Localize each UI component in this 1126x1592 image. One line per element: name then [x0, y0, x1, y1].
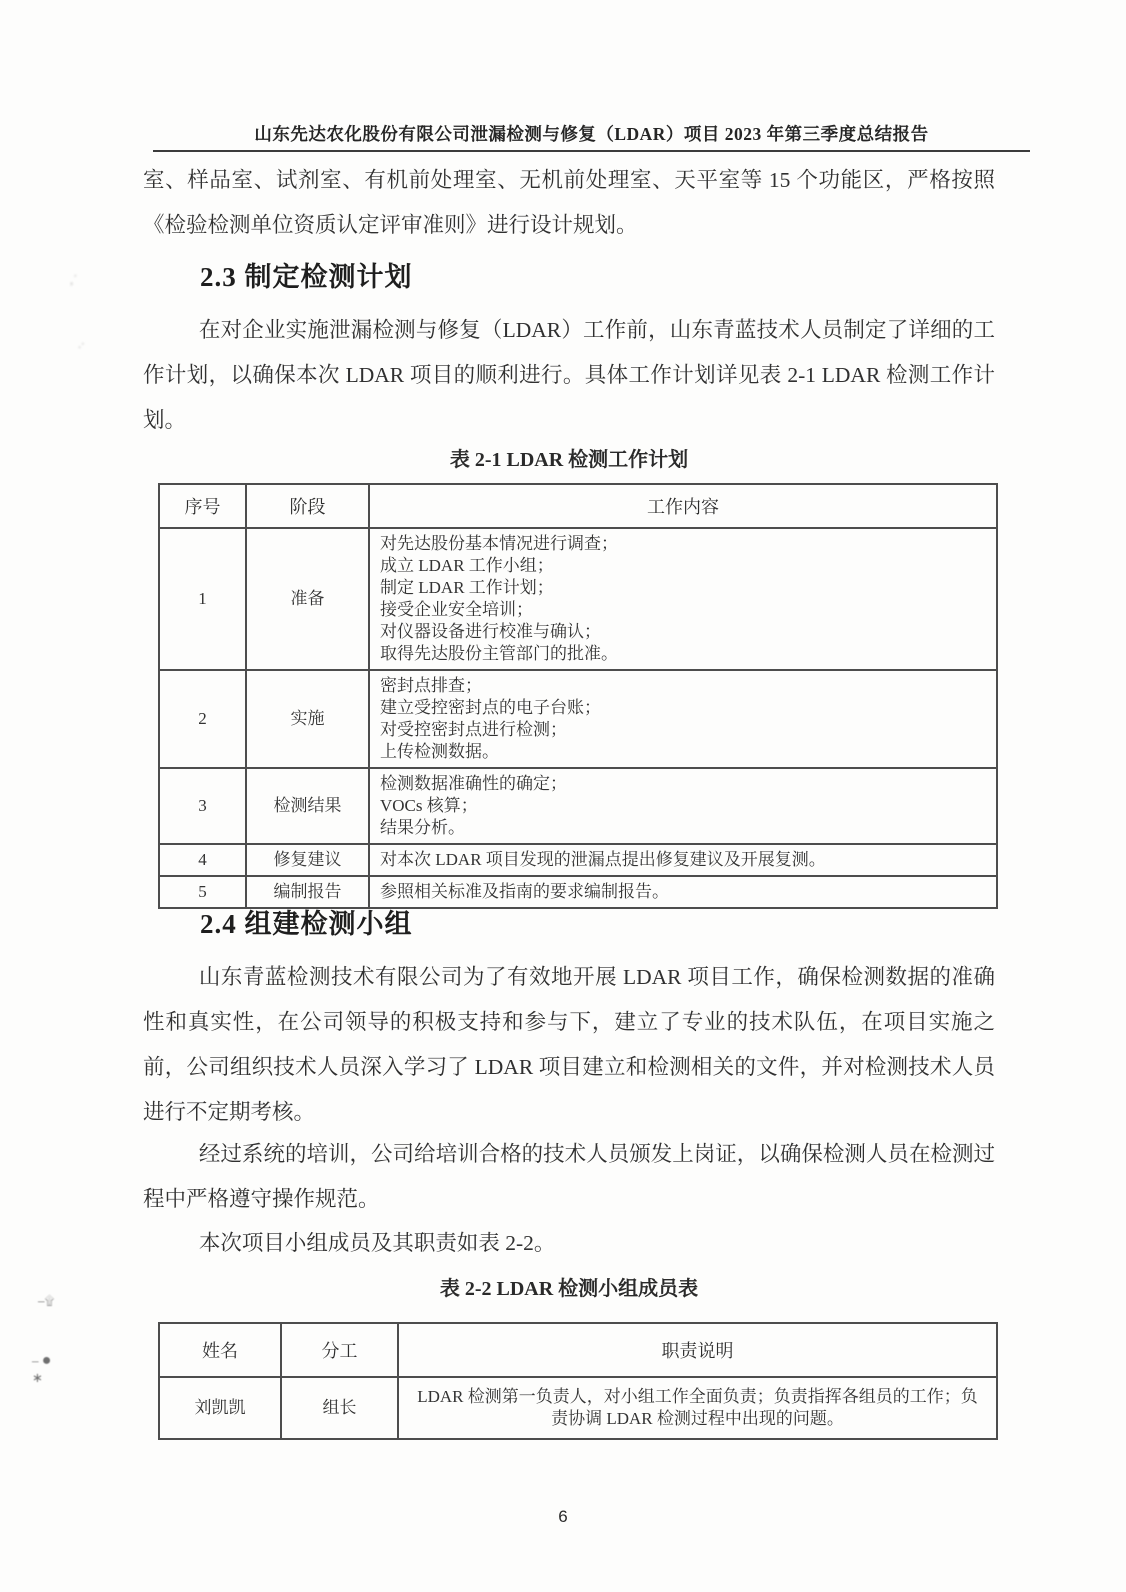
- column-header-content: 工作内容: [369, 484, 997, 528]
- row-stage: 准备: [246, 528, 369, 670]
- table-row: 4 修复建议 对本次 LDAR 项目发现的泄漏点提出修复建议及开展复测。: [159, 844, 997, 876]
- scan-artifact: ,΄: [70, 272, 78, 288]
- row-content: 检测数据准确性的确定； VOCs 核算； 结果分析。: [369, 768, 997, 844]
- scan-artifact: .·: [78, 336, 85, 352]
- member-duty: LDAR 检测第一负责人，对小组工作全面负责；负责指挥各组员的工作；负责协调 L…: [398, 1377, 997, 1439]
- work-plan-header-row: 序号 阶段 工作内容: [159, 484, 997, 528]
- row-stage: 修复建议: [246, 844, 369, 876]
- table-2-2-caption: 表 2-2 LDAR 检测小组成员表: [143, 1272, 995, 1301]
- section-2-4-heading: 2.4 组建检测小组: [200, 902, 413, 941]
- row-content: 参照相关标准及指南的要求编制报告。: [369, 876, 997, 908]
- table-row: 3 检测结果 检测数据准确性的确定； VOCs 核算； 结果分析。: [159, 768, 997, 844]
- section-2-4-paragraph-3: 本次项目小组成员及其职责如表 2-2。: [143, 1221, 995, 1266]
- table-row: 1 准备 对先达股份基本情况进行调查； 成立 LDAR 工作小组； 制定 LDA…: [159, 528, 997, 670]
- team-table-header-row: 姓名 分工 职责说明: [159, 1323, 997, 1377]
- table-2-1-caption: 表 2-1 LDAR 检测工作计划: [143, 443, 995, 472]
- page-number: 6: [0, 1507, 1126, 1527]
- scan-artifact: –۩: [38, 1293, 54, 1309]
- intro-paragraph: 室、样品室、试剂室、有机前处理室、无机前处理室、天平室等 15 个功能区，严格按…: [143, 158, 995, 248]
- member-name: 刘凯凯: [159, 1377, 281, 1439]
- header-divider: [153, 150, 1030, 152]
- document-page: 山东先达农化股份有限公司泄漏检测与修复（LDAR）项目 2023 年第三季度总结…: [0, 0, 1126, 1592]
- column-header-stage: 阶段: [246, 484, 369, 528]
- team-members-table: 姓名 分工 职责说明 刘凯凯 组长 LDAR 检测第一负责人，对小组工作全面负责…: [158, 1322, 998, 1440]
- row-no: 1: [159, 528, 246, 670]
- table-row: 刘凯凯 组长 LDAR 检测第一负责人，对小组工作全面负责；负责指挥各组员的工作…: [159, 1377, 997, 1439]
- row-stage: 实施: [246, 670, 369, 768]
- row-content: 对先达股份基本情况进行调查； 成立 LDAR 工作小组； 制定 LDAR 工作计…: [369, 528, 997, 670]
- page-header-title: 山东先达农化股份有限公司泄漏检测与修复（LDAR）项目 2023 年第三季度总结…: [153, 121, 1030, 146]
- row-no: 4: [159, 844, 246, 876]
- column-header-duty: 职责说明: [398, 1323, 997, 1377]
- row-no: 3: [159, 768, 246, 844]
- column-header-no: 序号: [159, 484, 246, 528]
- row-no: 2: [159, 670, 246, 768]
- section-2-3-paragraph: 在对企业实施泄漏检测与修复（LDAR）工作前，山东青蓝技术人员制定了详细的工作计…: [143, 308, 995, 443]
- row-stage: 检测结果: [246, 768, 369, 844]
- column-header-name: 姓名: [159, 1323, 281, 1377]
- scan-artifact: – ●∗: [32, 1352, 51, 1386]
- section-2-4-paragraph-1: 山东青蓝检测技术有限公司为了有效地开展 LDAR 项目工作，确保检测数据的准确性…: [143, 955, 995, 1135]
- row-content: 对本次 LDAR 项目发现的泄漏点提出修复建议及开展复测。: [369, 844, 997, 876]
- table-row: 2 实施 密封点排查； 建立受控密封点的电子台账； 对受控密封点进行检测； 上传…: [159, 670, 997, 768]
- member-role: 组长: [281, 1377, 398, 1439]
- section-2-3-heading: 2.3 制定检测计划: [200, 255, 413, 294]
- section-2-4-paragraph-2: 经过系统的培训，公司给培训合格的技术人员颁发上岗证，以确保检测人员在检测过程中严…: [143, 1132, 995, 1222]
- work-plan-table: 序号 阶段 工作内容 1 准备 对先达股份基本情况进行调查； 成立 LDAR 工…: [158, 483, 998, 909]
- row-content: 密封点排查； 建立受控密封点的电子台账； 对受控密封点进行检测； 上传检测数据。: [369, 670, 997, 768]
- column-header-role: 分工: [281, 1323, 398, 1377]
